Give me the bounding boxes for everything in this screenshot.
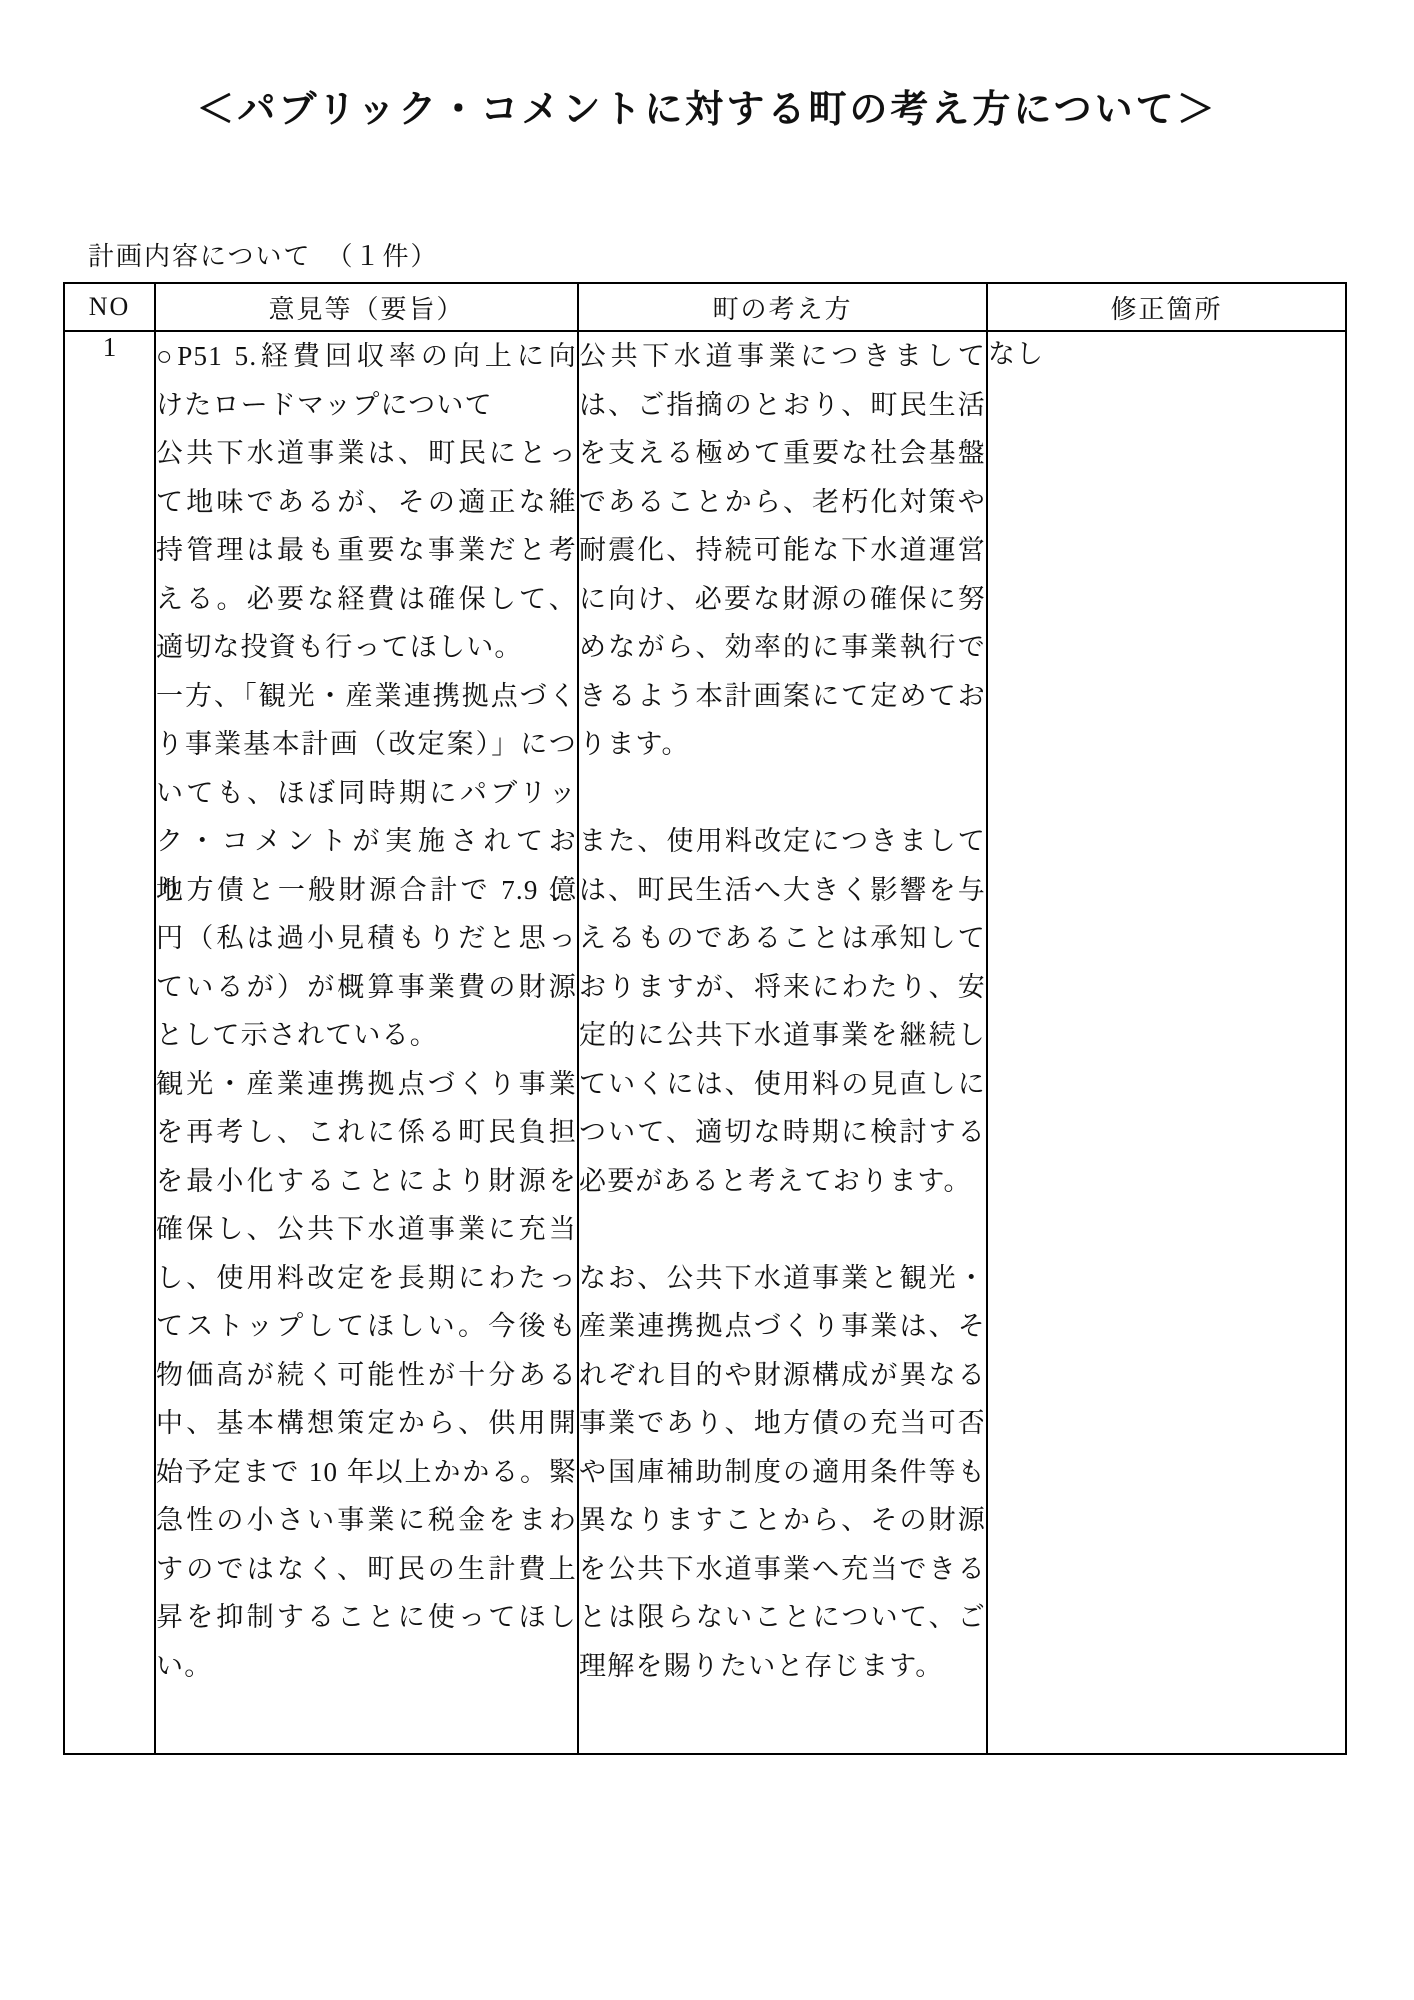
text-line: けたロードマップについて [156, 381, 577, 430]
header-revision: 修正箇所 [987, 283, 1346, 331]
text-line: 理解を賜りたいと存じます。 [579, 1642, 986, 1691]
revision-cell: なし [987, 331, 1346, 1754]
text-line: 昇を抑制することに使ってほし [156, 1593, 577, 1642]
text-line: 異なりますことから、その財源 [579, 1496, 986, 1545]
text-line: いても、ほぼ同時期にパブリッ [156, 769, 577, 818]
text-line: て地味であるが、その適正な維 [156, 478, 577, 527]
text-line: 耐震化、持続可能な下水道運営 [579, 526, 986, 575]
text-line: を支える極めて重要な社会基盤 [579, 429, 986, 478]
text-line: ていくには、使用料の見直しに [579, 1060, 986, 1109]
text-line: すのではなく、町民の生計費上 [156, 1545, 577, 1594]
text-line: 物価高が続く可能性が十分ある [156, 1351, 577, 1400]
text-line: であることから、老朽化対策や [579, 478, 986, 527]
text-line: し、使用料改定を長期にわたっ [156, 1254, 577, 1303]
text-line: 定的に公共下水道事業を継続し [579, 1011, 986, 1060]
text-line: ク・コメントが実施されており、 [156, 817, 577, 866]
text-line: ているが）が概算事業費の財源 [156, 963, 577, 1012]
text-line: 始予定まで 10 年以上かかる。緊 [156, 1448, 577, 1497]
text-line: また、使用料改定につきまして [579, 817, 986, 866]
text-line: めながら、効率的に事業執行で [579, 623, 986, 672]
text-line: おりますが、将来にわたり、安 [579, 963, 986, 1012]
page-title: ＜パブリック・コメントに対する町の考え方について＞ [0, 78, 1414, 133]
text-line: とは限らないことについて、ご [579, 1593, 986, 1642]
text-line: 観光・産業連携拠点づくり事業 [156, 1060, 577, 1109]
header-town-view: 町の考え方 [578, 283, 987, 331]
text-line: い。 [156, 1642, 577, 1691]
text-line: 地方債と一般財源合計で 7.9 億 [156, 866, 577, 915]
text-line: 事業であり、地方債の充当可否 [579, 1399, 986, 1448]
text-line: ります。 [579, 720, 986, 769]
opinion-cell: ○P51 5.経費回収率の向上に向けたロードマップについて公共下水道事業は、町民… [155, 331, 578, 1754]
text-line: り事業基本計画（改定案）」につ [156, 720, 577, 769]
row-number-cell: 1 [64, 331, 155, 1754]
text-line: 持管理は最も重要な事業だと考 [156, 526, 577, 575]
town-view-cell: 公共下水道事業につきましては、ご指摘のとおり、町民生活を支える極めて重要な社会基… [578, 331, 987, 1754]
header-opinion: 意見等（要旨） [155, 283, 578, 331]
document-page: ＜パブリック・コメントに対する町の考え方について＞ 計画内容について （１件） … [0, 0, 1414, 2000]
text-line: 産業連携拠点づくり事業は、そ [579, 1302, 986, 1351]
text-line: は、ご指摘のとおり、町民生活 [579, 381, 986, 430]
text-line: てストップしてほしい。今後も [156, 1302, 577, 1351]
text-line: えるものであることは承知して [579, 914, 986, 963]
text-line: を公共下水道事業へ充当できる [579, 1545, 986, 1594]
text-line: える。必要な経費は確保して、 [156, 575, 577, 624]
text-line: 急性の小さい事業に税金をまわ [156, 1496, 577, 1545]
table-row: 1 ○P51 5.経費回収率の向上に向けたロードマップについて公共下水道事業は、… [64, 331, 1346, 1754]
text-line: として示されている。 [156, 1011, 577, 1060]
text-line: 公共下水道事業は、町民にとっ [156, 429, 577, 478]
text-line: れぞれ目的や財源構成が異なる [579, 1351, 986, 1400]
text-line: や国庫補助制度の適用条件等も [579, 1448, 986, 1497]
table-header-row: NO 意見等（要旨） 町の考え方 修正箇所 [64, 283, 1346, 331]
blank-line [579, 1205, 986, 1254]
header-no: NO [64, 283, 155, 331]
section-label: 計画内容について （１件） [88, 236, 438, 273]
text-line: 円（私は過小見積もりだと思っ [156, 914, 577, 963]
public-comment-table: NO 意見等（要旨） 町の考え方 修正箇所 1 ○P51 5.経費回収率の向上に… [63, 282, 1347, 1755]
text-line: を再考し、これに係る町民負担 [156, 1108, 577, 1157]
text-line: ○P51 5.経費回収率の向上に向 [156, 332, 577, 381]
text-line: は、町民生活へ大きく影響を与 [579, 866, 986, 915]
text-line: を最小化することにより財源を [156, 1157, 577, 1206]
text-line: 確保し、公共下水道事業に充当 [156, 1205, 577, 1254]
text-line: きるよう本計画案にて定めてお [579, 672, 986, 721]
text-line: 必要があると考えております。 [579, 1157, 986, 1206]
blank-line [579, 769, 986, 818]
text-line: ついて、適切な時期に検討する [579, 1108, 986, 1157]
text-line: 一方、「観光・産業連携拠点づく [156, 672, 577, 721]
text-line: なお、公共下水道事業と観光・ [579, 1254, 986, 1303]
text-line: 公共下水道事業につきまして [579, 332, 986, 381]
text-line: 中、基本構想策定から、供用開 [156, 1399, 577, 1448]
text-line: 適切な投資も行ってほしい。 [156, 623, 577, 672]
text-line: に向け、必要な財源の確保に努 [579, 575, 986, 624]
